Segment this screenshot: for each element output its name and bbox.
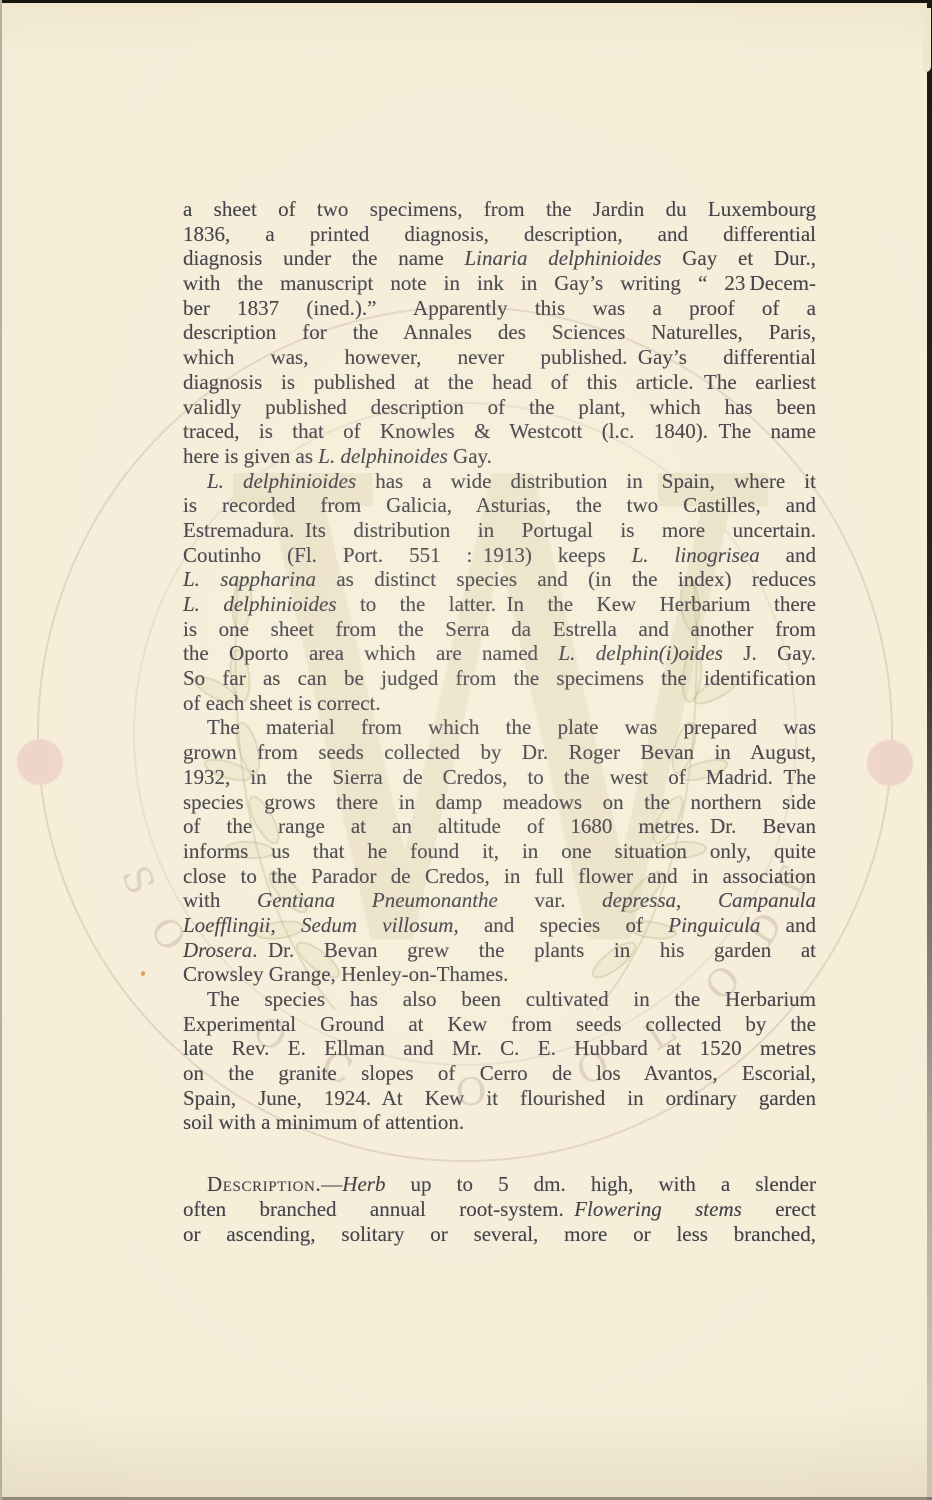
text-line: late Rev. E. Ellman and Mr. C. E. Hubbar…	[183, 1036, 816, 1061]
text-line: Spain, June, 1924. At Kew it flourished …	[183, 1086, 816, 1111]
text-line: diagnosis is published at the head of th…	[183, 370, 816, 395]
paragraph: L. delphinioides has a wide distribution…	[183, 469, 816, 716]
text-line: Estremadura. Its distribution in Portuga…	[183, 518, 816, 543]
paragraph: The species has also been cultivated in …	[183, 987, 816, 1135]
paragraph: The material from which the plate was pr…	[183, 715, 816, 987]
text-line: ber 1837 (ined.).” Apparently this was a…	[183, 296, 816, 321]
text-line: validly published description of the pla…	[183, 395, 816, 420]
text-line: close to the Parador de Credos, in full …	[183, 864, 816, 889]
scan-edge-left	[0, 0, 2, 1500]
text-line: or ascending, solitary or several, more …	[183, 1222, 816, 1247]
watermark-ring-letter: S	[113, 859, 164, 901]
text-line: Loefflingii, Sedum villosum, and species…	[183, 913, 816, 938]
text-block: a sheet of two specimens, from the Jardi…	[183, 197, 816, 1246]
text-line: 1932, in the Sierra de Credos, to the we…	[183, 765, 816, 790]
text-line: the Oporto area which are named L. delph…	[183, 641, 816, 666]
text-line: Experimental Ground at Kew from seeds co…	[183, 1012, 816, 1037]
text-line: on the granite slopes of Cerro de los Av…	[183, 1061, 816, 1086]
text-line: 1836, a printed diagnosis, description, …	[183, 222, 816, 247]
text-line: a sheet of two specimens, from the Jardi…	[183, 197, 816, 222]
text-line: informs us that he found it, in one situ…	[183, 839, 816, 864]
text-line: The species has also been cultivated in …	[183, 987, 816, 1012]
text-line: L. delphinioides has a wide distribution…	[183, 469, 816, 494]
text-line: is one sheet from the Serra da Estrella …	[183, 617, 816, 642]
text-line: traced, is that of Knowles & Westcott (l…	[183, 419, 816, 444]
text-line: of each sheet is correct.	[183, 691, 816, 716]
text-line: with the manuscript note in ink in Gay’s…	[183, 271, 816, 296]
text-line: is recorded from Galicia, Asturias, the …	[183, 493, 816, 518]
scan-edge-right	[927, 0, 932, 1500]
text-line: Coutinho (Fl. Port. 551 : 1913) keeps L.…	[183, 543, 816, 568]
text-line: with Gentiana Pneumonanthe var. depressa…	[183, 888, 816, 913]
text-line: L. sappharina as distinct species and (i…	[183, 567, 816, 592]
watermark-dot	[17, 739, 63, 785]
text-line: description for the Annales des Sciences…	[183, 320, 816, 345]
text-line: Drosera. Dr. Bevan grew the plants in hi…	[183, 938, 816, 963]
text-line: So far as can be judged from the specime…	[183, 666, 816, 691]
watermark-dot	[867, 740, 913, 786]
text-line: soil with a minimum of attention.	[183, 1110, 816, 1135]
scanned-book-page: { "page": { "kind": "book page scan", "g…	[0, 0, 932, 1500]
text-line: grown from seeds collected by Dr. Roger …	[183, 740, 816, 765]
paper-tear-chip	[923, 8, 931, 72]
paragraph: Description.—Herb up to 5 dm. high, with…	[183, 1172, 816, 1246]
text-line: often branched annual root-system. Flowe…	[183, 1197, 816, 1222]
text-line: Description.—Herb up to 5 dm. high, with…	[183, 1172, 816, 1197]
paper-speck	[141, 971, 145, 976]
text-line: here is given as L. delphinoides Gay.	[183, 444, 816, 469]
paragraph: a sheet of two specimens, from the Jardi…	[183, 197, 816, 469]
text-line: which was, however, never published. Gay…	[183, 345, 816, 370]
text-line: Crowsley Grange, Henley-on-Thames.	[183, 962, 816, 987]
text-line: diagnosis under the name Linaria delphin…	[183, 246, 816, 271]
text-line: of the range at an altitude of 1680 metr…	[183, 814, 816, 839]
text-line: L. delphinioides to the latter. In the K…	[183, 592, 816, 617]
scan-edge-top	[0, 0, 932, 3]
text-line: The material from which the plate was pr…	[183, 715, 816, 740]
text-line: species grows there in damp meadows on t…	[183, 790, 816, 815]
